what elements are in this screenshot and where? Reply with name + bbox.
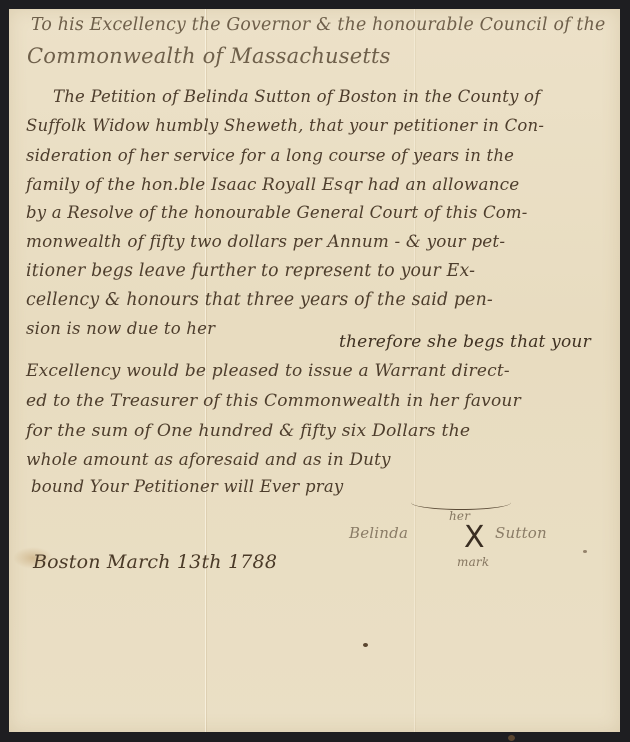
body-line: for the sum of One hundred & fifty six D… [26,421,470,441]
body-line: The Petition of Belinda Sutton of Boston… [53,87,541,106]
signature-mark-x: X [464,523,485,553]
ink-spot [583,550,587,553]
body-line: bound Your Petitioner will Ever pray [31,477,343,496]
address-line-1: To his Excellency the Governor & the hon… [31,15,605,35]
body-line: sideration of her service for a long cou… [26,146,514,165]
body-line: ed to the Treasurer of this Commonwealth… [26,391,521,411]
body-line: monwealth of fifty two dollars per Annum… [26,231,505,251]
signature-last-name: Sutton [495,524,547,542]
dateline: Boston March 13th 1788 [33,551,277,573]
manuscript-page: To his Excellency the Governor & the hon… [9,9,620,732]
body-line: Excellency would be pleased to issue a W… [26,361,510,381]
body-line: family of the hon.ble Isaac Royall Esqr … [26,174,519,194]
body-line: itioner begs leave further to represent … [26,261,475,281]
ink-spot [508,735,515,741]
address-line-2: Commonwealth of Massachusetts [27,44,391,68]
body-line: whole amount as aforesaid and as in Duty [26,449,391,469]
signature-first-name: Belinda [349,524,408,542]
body-line: by a Resolve of the honourable General C… [26,203,528,222]
ink-spot [363,643,368,647]
closing-flourish [411,495,511,510]
signature-mark-label: mark [457,555,489,569]
body-line: therefore she begs that your [339,332,591,352]
body-line: Suffolk Widow humbly Sheweth, that your … [26,116,544,135]
body-line: sion is now due to her [26,319,215,338]
body-line: cellency & honours that three years of t… [26,290,493,310]
